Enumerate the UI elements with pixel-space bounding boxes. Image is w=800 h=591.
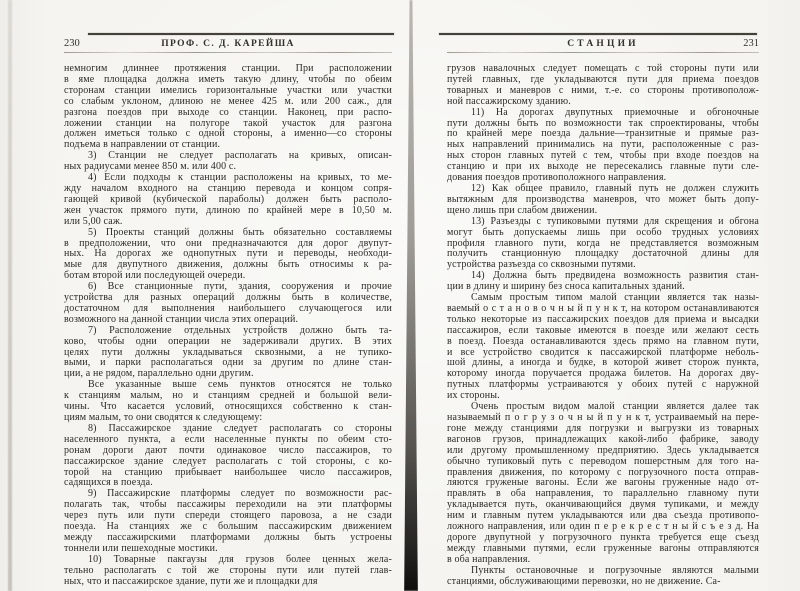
- paragraph: 3) Станции не следует располагать на кри…: [64, 151, 392, 173]
- text-line: обычно тупиковый путь с переводом пошерс…: [447, 457, 759, 468]
- text-line: со слабым уклоном, длиною не менее 425 м…: [64, 97, 392, 108]
- paragraph: грузов навалочных следует помещать с той…: [447, 64, 759, 108]
- paragraph: Все указанные выше семь пунктов относятс…: [64, 380, 392, 424]
- book-gutter-shadow: [402, 0, 420, 591]
- paragraph: 9) Пассажирские платформы следует по воз…: [64, 489, 392, 554]
- paragraph: 14) Должна быть предвидена возможность р…: [447, 271, 759, 293]
- paragraph: 7) Расположение отдельных устройств долж…: [64, 326, 392, 381]
- paragraph: 4) Если подходы к станции расположены на…: [64, 173, 392, 228]
- text-line: Пункты остановочные и погрузочные являют…: [447, 566, 759, 577]
- header-rule-bottom: [447, 52, 759, 53]
- text-line: 5) Проекты станций должны быть обязатель…: [64, 228, 392, 239]
- paragraph: 13) Разъезды с тупиковыми путями для скр…: [447, 217, 759, 272]
- paragraph: 5) Проекты станций должны быть обязатель…: [64, 228, 392, 283]
- paragraph: Пункты остановочные и погрузочные являют…: [447, 566, 759, 588]
- paragraph: Очень простым видом малой станции являет…: [447, 402, 759, 566]
- paragraph: 11) На дорогах двупутных приемочные и об…: [447, 108, 759, 184]
- text-line: 11) На дорогах двупутных приемочные и об…: [447, 108, 759, 119]
- paragraph: 10) Товарные пакгаузы для грузов более ц…: [64, 555, 392, 588]
- text-line: ных, что и пассажирское здание, пути же …: [64, 577, 392, 588]
- header-rule-top: [439, 33, 757, 35]
- right-running-head: СТАНЦИИ: [447, 39, 759, 49]
- page-right: СТАНЦИИ 231 грузов навалочных следует по…: [447, 30, 759, 588]
- text-line: ной пассажирскому зданию.: [447, 97, 759, 108]
- book-scan: 230 ПРОФ. С. Д. КАРЕЙША немногим длиннее…: [0, 0, 800, 591]
- text-line: разгона поездов при выходе со станции. Н…: [64, 108, 392, 119]
- left-page-header: 230 ПРОФ. С. Д. КАРЕЙША: [64, 30, 392, 57]
- left-running-head: ПРОФ. С. Д. КАРЕЙША: [64, 39, 392, 49]
- header-rule-top: [88, 33, 394, 35]
- text-line: тельно располагать с той же стороны пути…: [64, 566, 392, 577]
- paragraph: немногим длиннее протяжения станции. При…: [64, 64, 392, 151]
- paragraph: 6) Все станционные пути, здания, сооруже…: [64, 282, 392, 326]
- text-line: ково, чтобы одни операции не задерживали…: [64, 337, 392, 348]
- right-page-number: 231: [743, 38, 759, 49]
- paragraph: 8) Пассажирское здание следует располага…: [64, 424, 392, 489]
- text-line: пассажирское здание следует располагать …: [64, 457, 392, 468]
- text-line: ронам дороги дают почти одинаковое число…: [64, 446, 392, 457]
- paragraph: 12) Как общее правило, главный путь не д…: [447, 184, 759, 217]
- page-edge-line: [8, 0, 12, 591]
- text-line: в поезд. Поезда останавливаются здесь пр…: [447, 337, 759, 348]
- header-rule-bottom: [64, 52, 392, 53]
- text-line: станциями, обслуживающими перевозки, но …: [447, 577, 759, 588]
- page-left: 230 ПРОФ. С. Д. КАРЕЙША немногим длиннее…: [64, 30, 392, 588]
- right-page-text: грузов навалочных следует помещать с той…: [447, 64, 759, 588]
- left-page-text: немногим длиннее протяжения станции. При…: [64, 64, 392, 588]
- text-line: или 5,00 саж.: [64, 217, 392, 228]
- text-line: или другому промышленному предприятию. З…: [447, 446, 759, 457]
- right-page-header: СТАНЦИИ 231: [447, 30, 759, 57]
- text-line: 13) Разъезды с тупиковыми путями для скр…: [447, 217, 759, 228]
- text-line: могут быть допускаемы лишь при особо тру…: [447, 228, 759, 239]
- paragraph: Самым простым типом малой станции являет…: [447, 293, 759, 402]
